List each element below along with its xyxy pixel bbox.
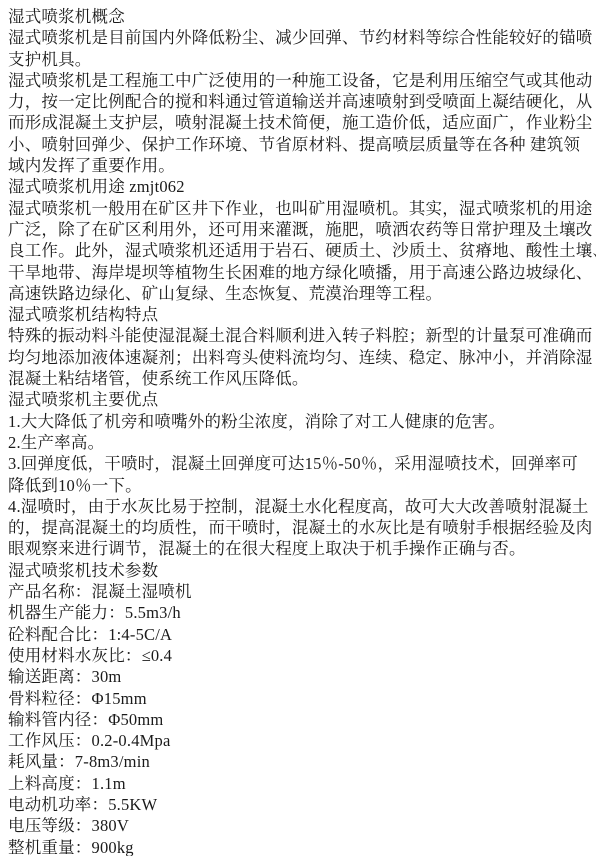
text-line: 机器生产能力：5.5m3/h — [8, 602, 592, 623]
text-line: 使用材料水灰比：≤0.4 — [8, 645, 592, 666]
text-line: 湿式喷浆机是工程施工中广泛使用的一种施工设备，它是利用压缩空气或其他动 — [8, 70, 592, 91]
text-line: 电动机功率：5.5KW — [8, 794, 592, 815]
section-heading: 湿式喷浆机概念 — [8, 6, 592, 27]
text-line: 电压等级：380V — [8, 815, 592, 836]
text-line: 眼观察来进行调节，混凝土的在很大程度上取决于机手操作正确与否。 — [8, 538, 592, 559]
text-line: 1.大大降低了机旁和喷嘴外的粉尘浓度，消除了对工人健康的危害。 — [8, 411, 592, 432]
text-line: 广泛，除了在矿区利用外，还可用来灌溉，施肥，喷洒农药等日常护理及土壤改 — [8, 219, 592, 240]
section-heading: 湿式喷浆机用途 zmjt062 — [8, 176, 592, 197]
text-line: 整机重量：900kg — [8, 837, 592, 856]
text-line: 输送距离：30m — [8, 666, 592, 687]
text-line: 工作风压：0.2-0.4Mpa — [8, 730, 592, 751]
text-line: 而形成混凝土支护层，喷射混凝土技术简便，施工造价低，适应面广，作业粉尘 — [8, 112, 592, 133]
text-line: 小、喷射回弹少、保护工作环境、节省原材料、提高喷层质量等在各种 建筑领 — [8, 134, 592, 155]
text-line: 输料管内径：Φ50mm — [8, 709, 592, 730]
text-line: 域内发挥了重要作用。 — [8, 155, 592, 176]
text-line: 的，提高混凝土的均质性，而干喷时，混凝土的水灰比是有喷射手根据经验及肉 — [8, 517, 592, 538]
section-heading: 湿式喷浆机结构特点 — [8, 304, 592, 325]
text-line: 特殊的振动料斗能使湿混凝土混合料顺利进入转子料腔；新型的计量泵可准确而 — [8, 325, 592, 346]
text-line: 砼料配合比：1:4-5C/A — [8, 624, 592, 645]
text-line: 湿式喷浆机一般用在矿区井下作业，也叫矿用湿喷机。其实，湿式喷浆机的用途 — [8, 198, 592, 219]
text-line: 支护机具。 — [8, 49, 592, 70]
text-line: 混凝土粘结堵管，使系统工作风压降低。 — [8, 368, 592, 389]
text-line: 上料高度：1.1m — [8, 773, 592, 794]
text-line: 高速铁路边绿化、矿山复绿、生态恢复、荒漠治理等工程。 — [8, 283, 592, 304]
text-line: 降低到10％一下。 — [8, 475, 592, 496]
text-line: 力，按一定比例配合的搅和料通过管道输送并高速喷射到受喷面上凝结硬化，从 — [8, 91, 592, 112]
text-line: 2.生产率高。 — [8, 432, 592, 453]
text-line: 干旱地带、海岸堤坝等植物生长困难的地方绿化喷播，用于高速公路边坡绿化、 — [8, 262, 592, 283]
section-heading: 湿式喷浆机技术参数 — [8, 560, 592, 581]
text-line: 3.回弹度低，干喷时，混凝土回弹度可达15％-50％，采用湿喷技术，回弹率可 — [8, 453, 592, 474]
text-line: 均匀地添加液体速凝剂；出料弯头使料流均匀、连续、稳定、脉冲小，并消除湿 — [8, 347, 592, 368]
text-line: 湿式喷浆机是目前国内外降低粉尘、减少回弹、节约材料等综合性能较好的锚喷 — [8, 27, 592, 48]
document-body: 湿式喷浆机概念湿式喷浆机是目前国内外降低粉尘、减少回弹、节约材料等综合性能较好的… — [0, 0, 596, 856]
text-line: 骨料粒径：Φ15mm — [8, 688, 592, 709]
text-line: 耗风量：7-8m3/min — [8, 751, 592, 772]
section-heading: 湿式喷浆机主要优点 — [8, 389, 592, 410]
text-line: 4.湿喷时，由于水灰比易于控制，混凝土水化程度高，故可大大改善喷射混凝土 — [8, 496, 592, 517]
text-line: 良工作。此外，湿式喷浆机还适用于岩石、硬质土、沙质土、贫瘠地、酸性土壤、 — [8, 240, 592, 261]
text-line: 产品名称：混凝土湿喷机 — [8, 581, 592, 602]
